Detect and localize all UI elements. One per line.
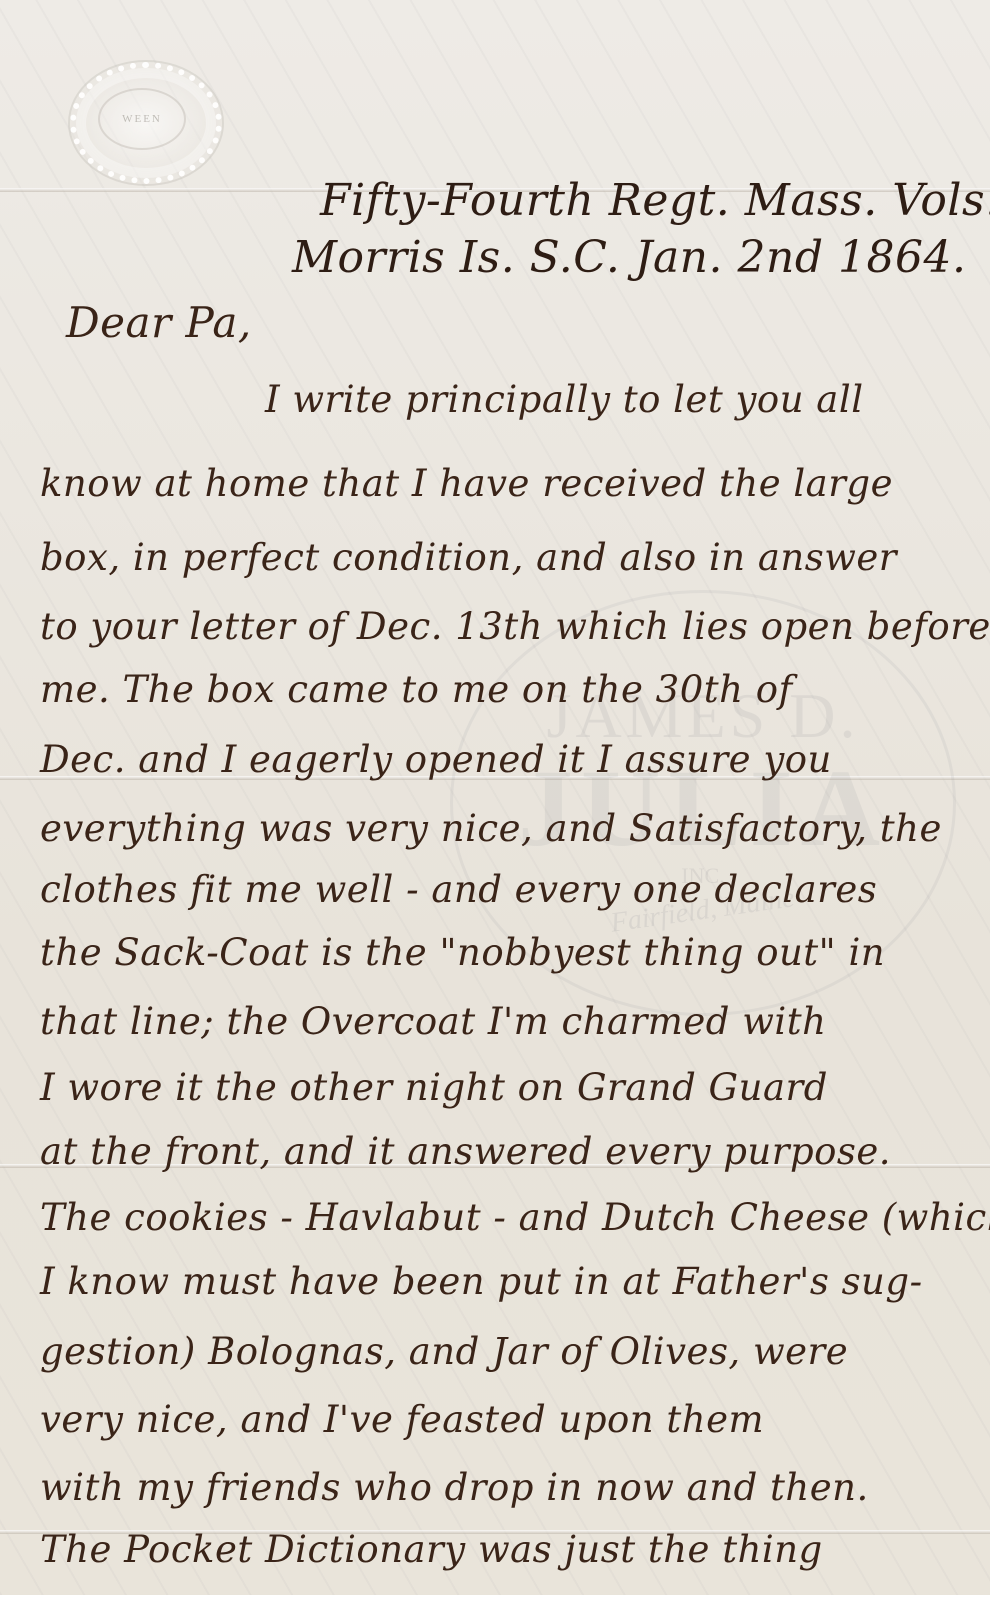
embossed-seal-icon: WEEN: [70, 62, 222, 184]
letter-page: WEEN JAMES D. JULIA INC. Fairfield, Main…: [0, 0, 990, 1595]
letter-body-line: clothes fit me well - and every one decl…: [40, 868, 877, 911]
letter-body-line: The Pocket Dictionary was just the thing: [40, 1528, 823, 1571]
letter-body-line: I wore it the other night on Grand Guard: [40, 1066, 828, 1109]
embossed-seal-text: WEEN: [98, 88, 186, 150]
letter-body-line: The cookies - Havlabut - and Dutch Chees…: [40, 1196, 990, 1239]
letter-body-line: very nice, and I've feasted upon them: [40, 1398, 764, 1441]
letter-body-line: Dec. and I eagerly opened it I assure yo…: [40, 738, 832, 781]
letter-body-line: everything was very nice, and Satisfacto…: [40, 807, 942, 850]
letter-body-line: at the front, and it answered every purp…: [40, 1130, 891, 1173]
letter-body-line: know at home that I have received the la…: [40, 462, 893, 505]
letter-body-line: to your letter of Dec. 13th which lies o…: [40, 605, 990, 648]
letter-body-line: me. The box came to me on the 30th of: [40, 668, 793, 711]
letter-heading-regiment: Fifty-Fourth Regt. Mass. Vols.: [320, 175, 990, 226]
letter-body-line: gestion) Bolognas, and Jar of Olives, we…: [40, 1330, 848, 1373]
letter-salutation: Dear Pa,: [66, 298, 252, 347]
letter-body-line: I write principally to let you all: [265, 378, 864, 421]
scan-margin: [990, 0, 1005, 1600]
letter-body-line: the Sack-Coat is the "nobbyest thing out…: [40, 931, 885, 974]
letter-body-line: box, in perfect condition, and also in a…: [40, 536, 897, 579]
letter-body-line: with my friends who drop in now and then…: [40, 1466, 869, 1509]
letter-body-line: that line; the Overcoat I'm charmed with: [40, 1000, 826, 1043]
letter-body-line: I know must have been put in at Father's…: [40, 1260, 923, 1303]
letter-heading-place-date: Morris Is. S.C. Jan. 2nd 1864.: [292, 232, 966, 283]
